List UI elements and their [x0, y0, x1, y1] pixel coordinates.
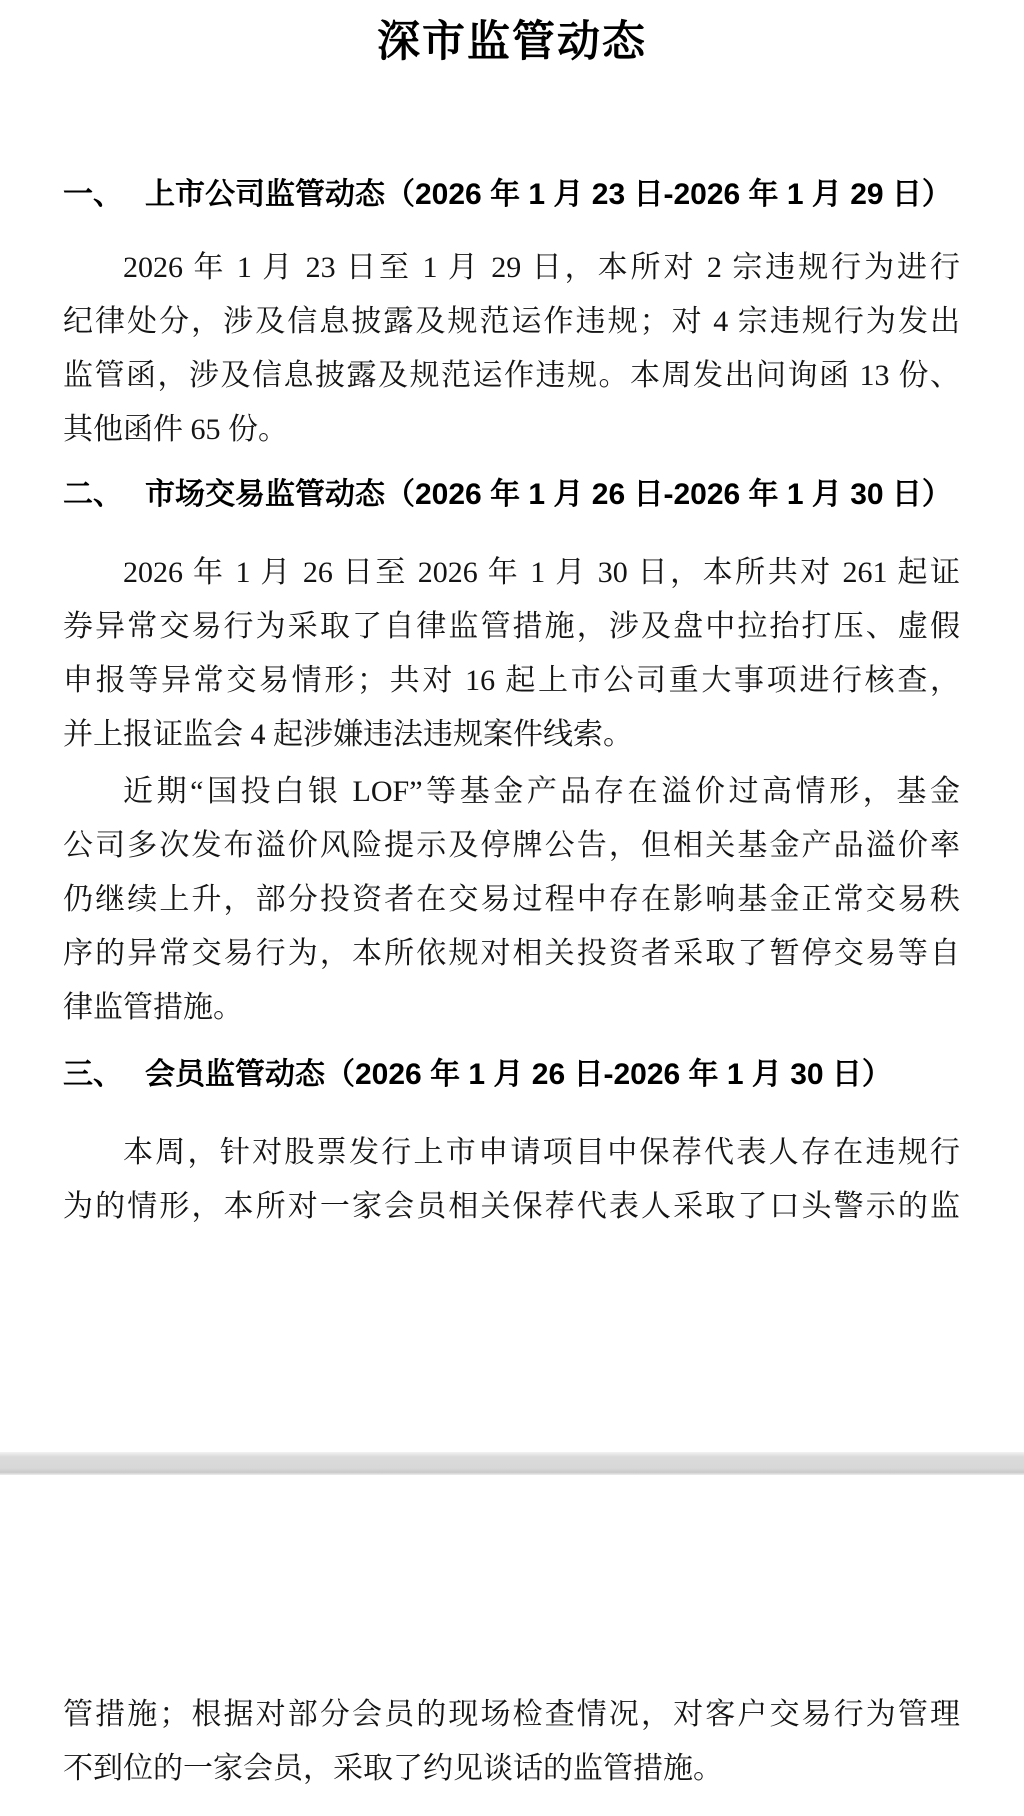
text-line: 为的情形，本所对一家会员相关保荐代表人采取了口头警示的监	[63, 1180, 960, 1234]
section-2-title: 市场交易监管动态（2026 年 1 月 26 日-2026 年 1 月 30 日…	[145, 478, 952, 511]
text-line: 券异常交易行为采取了自律监管措施，涉及盘中拉抬打压、虚假	[63, 600, 960, 654]
section-3-title: 会员监管动态（2026 年 1 月 26 日-2026 年 1 月 30 日）	[145, 1058, 892, 1091]
text-line: 仍继续上升，部分投资者在交易过程中存在影响基金正常交易秩	[63, 873, 960, 927]
text-line: 并上报证监会 4 起涉嫌违法违规案件线索。	[63, 708, 960, 762]
text-line: 纪律处分，涉及信息披露及规范运作违规；对 4 宗违规行为发出	[63, 295, 960, 349]
section-3-paragraph-page2-continuation: 管措施；根据对部分会员的现场检查情况，对客户交易行为管理不到位的一家会员，采取了…	[63, 1688, 960, 1796]
text-line: 2026 年 1 月 23 日至 1 月 29 日，本所对 2 宗违规行为进行	[63, 241, 960, 295]
text-line: 申报等异常交易情形；共对 16 起上市公司重大事项进行核查，	[63, 654, 960, 708]
section-3-number: 三、	[63, 1053, 123, 1097]
document-view: 深市监管动态 一、上市公司监管动态（2026 年 1 月 23 日-2026 年…	[0, 0, 1024, 1816]
text-line: 律监管措施。	[63, 981, 960, 1035]
text-line: 公司多次发布溢价风险提示及停牌公告，但相关基金产品溢价率	[63, 819, 960, 873]
section-2-paragraph-1: 2026 年 1 月 26 日至 2026 年 1 月 30 日，本所共对 26…	[63, 546, 960, 762]
section-2-heading: 二、市场交易监管动态（2026 年 1 月 26 日-2026 年 1 月 30…	[63, 473, 973, 517]
section-2-number: 二、	[63, 473, 123, 517]
text-line: 近期“国投白银 LOF”等基金产品存在溢价过高情形，基金	[63, 765, 960, 819]
page-break-divider	[0, 1452, 1024, 1475]
section-1-heading: 一、上市公司监管动态（2026 年 1 月 23 日-2026 年 1 月 29…	[63, 173, 973, 217]
section-1-number: 一、	[63, 173, 123, 217]
section-3-heading: 三、会员监管动态（2026 年 1 月 26 日-2026 年 1 月 30 日…	[63, 1053, 973, 1097]
text-line: 2026 年 1 月 26 日至 2026 年 1 月 30 日，本所共对 26…	[63, 546, 960, 600]
section-1-title: 上市公司监管动态（2026 年 1 月 23 日-2026 年 1 月 29 日…	[145, 178, 952, 211]
text-line: 序的异常交易行为，本所依规对相关投资者采取了暂停交易等自	[63, 927, 960, 981]
section-3-paragraph-page1: 本周，针对股票发行上市申请项目中保荐代表人存在违规行为的情形，本所对一家会员相关…	[63, 1126, 960, 1234]
text-line: 其他函件 65 份。	[63, 403, 960, 457]
document-title: 深市监管动态	[0, 14, 1024, 72]
text-line: 监管函，涉及信息披露及规范运作违规。本周发出问询函 13 份、	[63, 349, 960, 403]
text-line: 本周，针对股票发行上市申请项目中保荐代表人存在违规行	[63, 1126, 960, 1180]
text-line: 管措施；根据对部分会员的现场检查情况，对客户交易行为管理	[63, 1688, 960, 1742]
section-1-paragraph: 2026 年 1 月 23 日至 1 月 29 日，本所对 2 宗违规行为进行纪…	[63, 241, 960, 457]
text-line: 不到位的一家会员，采取了约见谈话的监管措施。	[63, 1742, 960, 1796]
section-2-paragraph-2: 近期“国投白银 LOF”等基金产品存在溢价过高情形，基金公司多次发布溢价风险提示…	[63, 765, 960, 1035]
